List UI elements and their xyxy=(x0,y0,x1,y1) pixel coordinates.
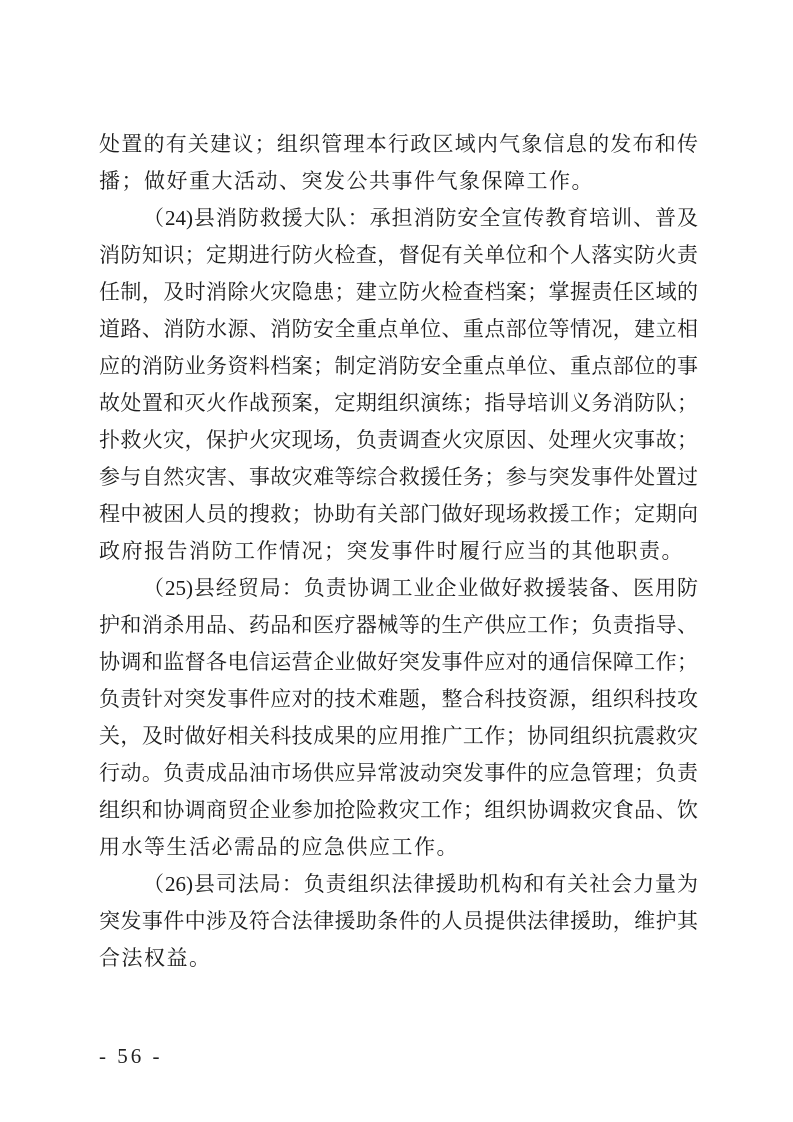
text-line: 处置的有关建议；组织管理本行政区域内气象信息的发布和传 xyxy=(99,126,698,163)
text-line: 关，及时做好相关科技成果的应用推广工作；协同组织抗震救灾 xyxy=(99,718,698,755)
text-line: 政府报告消防工作情况；突发事件时履行应当的其他职责。 xyxy=(99,533,698,570)
text-line: 协调和监督各电信运营企业做好突发事件应对的通信保障工作； xyxy=(99,644,698,681)
text-line: 播；做好重大活动、突发公共事件气象保障工作。 xyxy=(99,163,698,200)
text-line: 应的消防业务资料档案；制定消防安全重点单位、重点部位的事 xyxy=(99,348,698,385)
text-line: 程中被困人员的搜救；协助有关部门做好现场救援工作；定期向 xyxy=(99,496,698,533)
text-line: 负责针对突发事件应对的技术难题，整合科技资源，组织科技攻 xyxy=(99,681,698,718)
text-line: 用水等生活必需品的应急供应工作。 xyxy=(99,829,698,866)
text-line: 行动。负责成品油市场供应异常波动突发事件的应急管理；负责 xyxy=(99,755,698,792)
document-text-block: 处置的有关建议；组织管理本行政区域内气象信息的发布和传 播；做好重大活动、突发公… xyxy=(99,126,698,977)
page-number: - 56 - xyxy=(99,1042,163,1070)
text-line: 组织和协调商贸企业参加抢险救灾工作；组织协调救灾食品、饮 xyxy=(99,792,698,829)
text-line: 扑救火灾，保护火灾现场，负责调查火灾原因、处理火灾事故； xyxy=(99,422,698,459)
text-line: 突发事件中涉及符合法律援助条件的人员提供法律援助，维护其 xyxy=(99,903,698,940)
text-line: 参与自然灾害、事故灾难等综合救援任务；参与突发事件处置过 xyxy=(99,459,698,496)
text-line: 消防知识；定期进行防火检查，督促有关单位和个人落实防火责 xyxy=(99,237,698,274)
text-line: 道路、消防水源、消防安全重点单位、重点部位等情况，建立相 xyxy=(99,311,698,348)
text-line: 护和消杀用品、药品和医疗器械等的生产供应工作；负责指导、 xyxy=(99,607,698,644)
text-line: （24)县消防救援大队：承担消防安全宣传教育培训、普及 xyxy=(99,200,698,237)
document-page: 处置的有关建议；组织管理本行政区域内气象信息的发布和传 播；做好重大活动、突发公… xyxy=(0,0,793,1122)
text-line: 故处置和灭火作战预案，定期组织演练；指导培训义务消防队； xyxy=(99,385,698,422)
text-line: 任制，及时消除火灾隐患；建立防火检查档案；掌握责任区域的 xyxy=(99,274,698,311)
text-line: （25)县经贸局：负责协调工业企业做好救援装备、医用防 xyxy=(99,570,698,607)
text-line: 合法权益。 xyxy=(99,940,698,977)
text-line: （26)县司法局：负责组织法律援助机构和有关社会力量为 xyxy=(99,866,698,903)
